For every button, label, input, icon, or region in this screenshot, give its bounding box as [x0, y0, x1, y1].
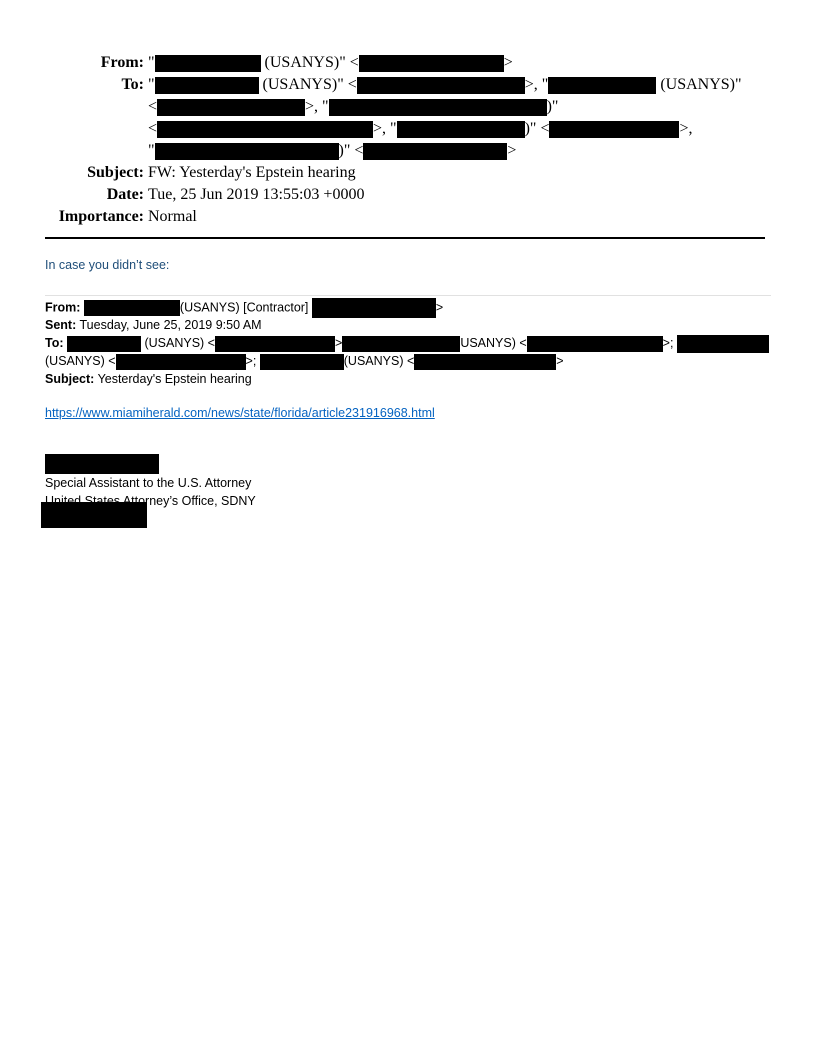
redaction — [157, 99, 305, 116]
redaction — [260, 354, 344, 370]
redaction — [363, 143, 507, 160]
importance-value: Normal — [148, 206, 197, 228]
redaction — [677, 335, 769, 353]
redaction — [215, 336, 335, 352]
redaction — [329, 99, 547, 116]
redaction — [155, 143, 339, 160]
signature-title: Special Assistant to the U.S. Attorney — [45, 474, 256, 492]
signature: Special Assistant to the U.S. Attorney U… — [45, 454, 256, 528]
signature-office: United States Attorney’s Office, SDNY — [45, 492, 256, 510]
from-label: From: — [101, 52, 144, 74]
header-to-row: To: " (USANYS)" <>, " (USANYS)" — [0, 74, 816, 96]
date-value: Tue, 25 Jun 2019 13:55:03 +0000 — [148, 184, 364, 206]
forwarded-header: From: (USANYS) [Contractor] > Sent: Tues… — [45, 298, 775, 388]
redaction — [116, 354, 246, 370]
redaction — [67, 336, 141, 352]
subject-value: FW: Yesterday's Epstein hearing — [148, 162, 356, 184]
redaction — [342, 336, 460, 352]
redaction — [45, 454, 159, 474]
email-header: From: " (USANYS)" <> To: " (USANYS)" <>,… — [0, 52, 816, 228]
redaction — [549, 121, 679, 138]
to-label: To: — [121, 74, 144, 96]
redaction — [527, 336, 663, 352]
redaction — [84, 300, 180, 316]
forward-divider — [45, 295, 771, 296]
header-divider — [45, 237, 765, 239]
redaction — [397, 121, 525, 138]
redaction — [414, 354, 556, 370]
redaction — [157, 121, 373, 138]
header-date-row: Date: Tue, 25 Jun 2019 13:55:03 +0000 — [0, 184, 816, 206]
article-link[interactable]: https://www.miamiherald.com/news/state/f… — [45, 406, 435, 420]
redaction — [155, 77, 259, 94]
redaction — [312, 298, 436, 318]
redaction — [357, 77, 525, 94]
intro-text: In case you didn’t see: — [45, 258, 169, 272]
redaction — [155, 55, 261, 72]
header-importance-row: Importance: Normal — [0, 206, 816, 228]
header-from-row: From: " (USANYS)" <> — [0, 52, 816, 74]
header-subject-row: Subject: FW: Yesterday's Epstein hearing — [0, 162, 816, 184]
redaction — [359, 55, 504, 72]
redaction — [548, 77, 656, 94]
